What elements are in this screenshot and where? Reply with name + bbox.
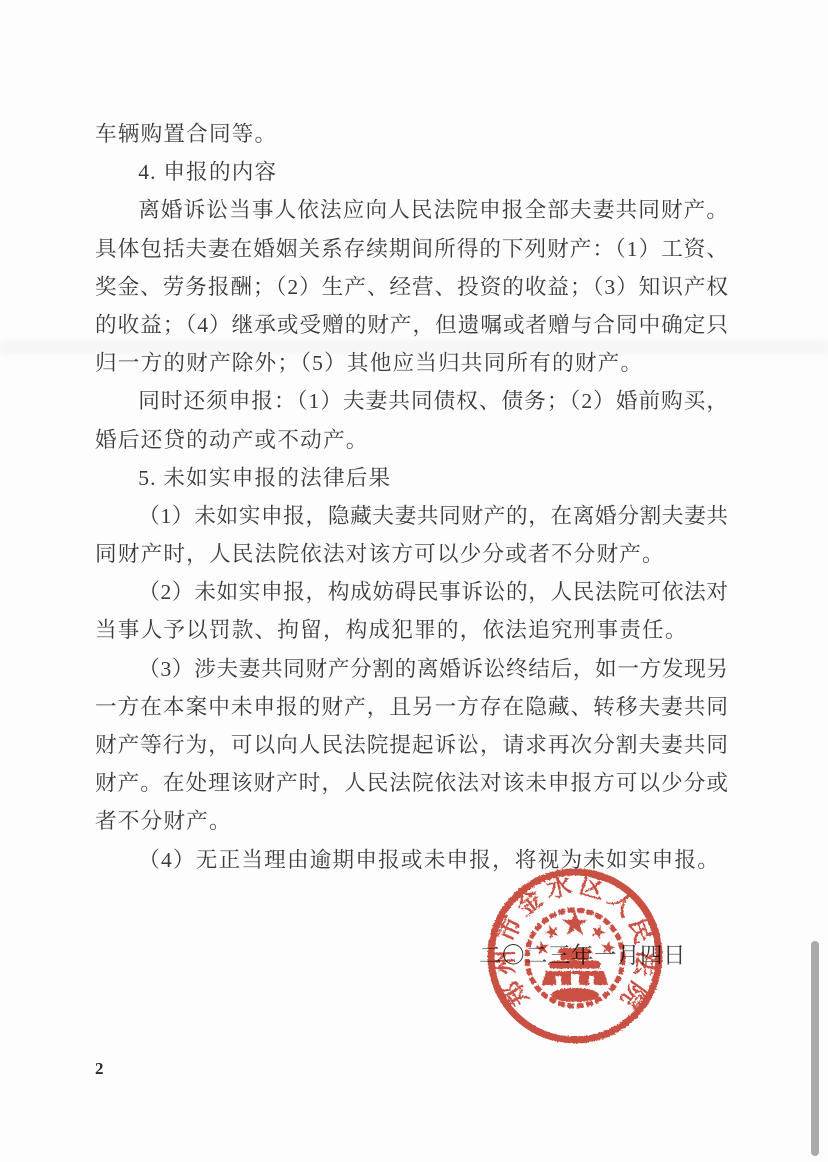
text-line: 者不分财产。	[95, 802, 728, 840]
text-line: 奖金、劳务报酬；（2）生产、经营、投资的收益；（3）知识产权	[95, 268, 728, 306]
text-line: （1）未如实申报，隐藏夫妻共同财产的，在离婚分割夫妻共	[95, 497, 728, 535]
text-line: （3）涉夫妻共同财产分割的离婚诉讼终结后，如一方发现另	[95, 650, 728, 688]
text-line: 婚后还贷的动产或不动产。	[95, 421, 728, 459]
text-line: 同财产时，人民法院依法对该方可以少分或者不分财产。	[95, 535, 728, 573]
text-line: 归一方的财产除外；（5）其他应当归共同所有的财产。	[95, 344, 728, 382]
text-line: 财产。在处理该财产时，人民法院依法对该未申报方可以少分或	[95, 764, 728, 802]
text-line: 离婚诉讼当事人依法应向人民法院申报全部夫妻共同财产。	[95, 191, 728, 229]
text-line: （2）未如实申报，构成妨碍民事诉讼的，人民法院可依法对	[95, 573, 728, 611]
text-line: 车辆购置合同等。	[95, 115, 728, 153]
document-body: 车辆购置合同等。4. 申报的内容离婚诉讼当事人依法应向人民法院申报全部夫妻共同财…	[95, 115, 728, 879]
text-line: 一方在本案中未申报的财产，且另一方存在隐藏、转移夫妻共同	[95, 688, 728, 726]
text-line: 当事人予以罚款、拘留，构成犯罪的，依法追究刑事责任。	[95, 611, 728, 649]
national-emblem-icon	[527, 910, 623, 1006]
court-seal: 郑州市金水区人民法院	[486, 867, 664, 1045]
text-line: 具体包括夫妻在婚姻关系存续期间所得的下列财产：（1）工资、	[95, 230, 728, 268]
text-line: 财产等行为，可以向人民法院提起诉讼，请求再次分割夫妻共同	[95, 726, 728, 764]
scrollbar-thumb[interactable]	[811, 941, 819, 1156]
text-line: 同时还须申报：（1）夫妻共同债权、债务；（2）婚前购买，	[95, 382, 728, 420]
document-page: 车辆购置合同等。4. 申报的内容离婚诉讼当事人依法应向人民法院申报全部夫妻共同财…	[0, 0, 828, 1162]
page-number: 2	[95, 1059, 104, 1079]
text-line: 的收益；（4）继承或受赠的财产，但遗嘱或者赠与合同中确定只	[95, 306, 728, 344]
text-line: 5. 未如实申报的法律后果	[95, 459, 728, 497]
text-line: 4. 申报的内容	[95, 153, 728, 191]
